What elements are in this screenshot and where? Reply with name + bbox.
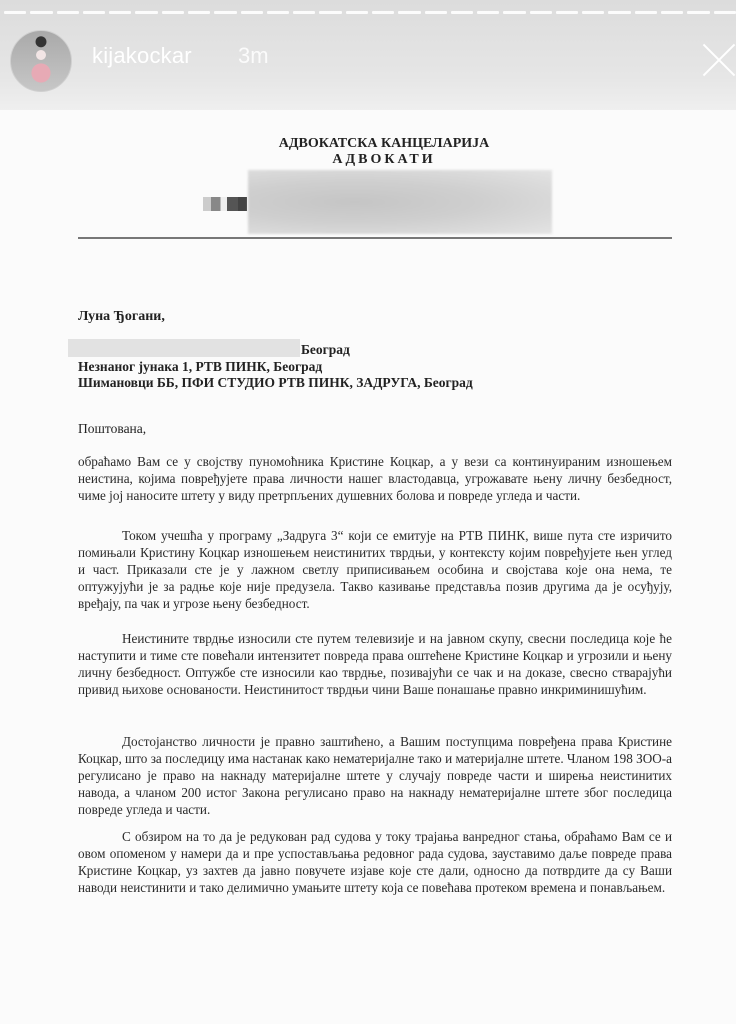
progress-segment xyxy=(319,11,341,14)
letterhead-title: АДВОКАТСКА КАНЦЕЛАРИЈА xyxy=(16,136,736,152)
address-line-1: Београд xyxy=(301,342,350,358)
letterhead-subtitle: АДВОКАТИ xyxy=(16,152,736,168)
progress-segment xyxy=(687,11,709,14)
close-icon[interactable] xyxy=(702,42,736,76)
paragraph: Неистините тврдње износили сте путем тел… xyxy=(78,630,672,698)
progress-segment xyxy=(661,11,683,14)
paragraph: Достојанство личности је правно заштићен… xyxy=(78,733,672,818)
story-username[interactable]: kijakockar xyxy=(92,43,192,69)
progress-segment xyxy=(372,11,394,14)
progress-segment xyxy=(30,11,52,14)
progress-segment xyxy=(267,11,289,14)
progress-segment xyxy=(608,11,630,14)
header-divider xyxy=(78,237,672,239)
avatar[interactable] xyxy=(10,30,72,92)
progress-segment xyxy=(162,11,184,14)
progress-segment xyxy=(188,11,210,14)
story-timestamp: 3m xyxy=(238,43,269,69)
address-line-2: Незнаног јунака 1, РТВ ПИНК, Београд xyxy=(78,359,322,375)
salutation: Поштована, xyxy=(78,421,146,437)
progress-segment xyxy=(241,11,263,14)
paragraph: обраћамо Вам се у својству пуномоћника К… xyxy=(78,453,672,504)
progress-segment xyxy=(398,11,420,14)
progress-segment xyxy=(635,11,657,14)
progress-segment xyxy=(477,11,499,14)
story-header: kijakockar 3m xyxy=(0,0,736,110)
address-line-3: Шимановци ББ, ПФИ СТУДИО РТВ ПИНК, ЗАДРУ… xyxy=(78,375,473,391)
progress-segment xyxy=(503,11,525,14)
story-progress-bar xyxy=(4,11,736,14)
progress-segment xyxy=(4,11,26,14)
progress-segment xyxy=(293,11,315,14)
progress-segment xyxy=(530,11,552,14)
progress-segment xyxy=(109,11,131,14)
letter-document: АДВОКАТСКА КАНЦЕЛАРИЈА АДВОКАТИ Луна Ђог… xyxy=(0,110,736,1024)
progress-segment xyxy=(57,11,79,14)
paragraph: Током учешћа у програму „Задруга 3“ који… xyxy=(78,527,672,612)
paragraph: С обзиром на то да је редукован рад судо… xyxy=(78,828,672,896)
progress-segment xyxy=(135,11,157,14)
addressee-name: Луна Ђогани, xyxy=(78,309,165,325)
progress-segment xyxy=(425,11,447,14)
progress-segment xyxy=(451,11,473,14)
progress-segment xyxy=(714,11,736,14)
progress-segment xyxy=(582,11,604,14)
blurred-redaction xyxy=(248,170,552,234)
progress-segment xyxy=(83,11,105,14)
progress-segment xyxy=(346,11,368,14)
progress-segment xyxy=(556,11,578,14)
pixelated-redaction xyxy=(203,197,247,211)
progress-segment xyxy=(214,11,236,14)
address-redaction xyxy=(68,339,300,357)
